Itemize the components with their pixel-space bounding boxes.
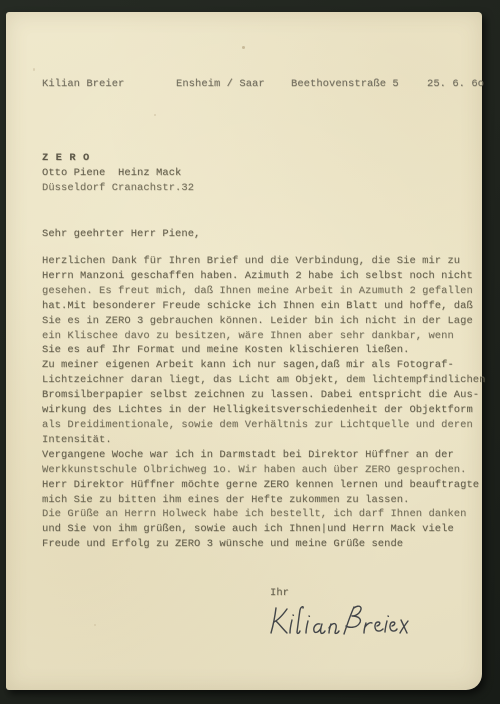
signature-ink [268,602,410,644]
closing: Ihr [270,587,289,599]
typed-line: als Dreidimentionale, sowie dem Verhältn… [42,418,478,433]
typed-line: Otto Piene Heinz Mack [42,166,194,181]
typed-line: Werkkunstschule Olbrichweg 1o. Wir haben… [42,463,478,478]
signature: Kilian Breier [268,602,410,644]
sender-name: Kilian Breier [42,78,124,90]
typed-line: Herrn Manzoni geschaffen haben. Azimuth … [42,269,478,284]
typed-line: Intensität. [42,433,478,448]
paper-speck [94,624,96,626]
typed-line: hat.Mit besonderer Freude schicke ich Ih… [42,299,478,314]
typed-line: Die Grüße an Herrn Holweck habe ich best… [42,507,478,522]
typed-line: wirkung des Lichtes in der Helligkeitsve… [42,403,478,418]
recipient-block: Z E R OOtto Piene Heinz MackDüsseldorf C… [42,151,194,196]
paper-speck [33,68,35,71]
typed-line: Freude und Erfolg zu ZERO 3 wünsche und … [42,537,478,552]
paper-speck [242,46,245,49]
typed-line: und Sie von ihm grüßen, sowie auch ich I… [42,522,478,537]
typed-line: Bromsilberpapier selbst zeichnen zu lass… [42,388,478,403]
typed-line: Herr Direktor Hüffner möchte gerne ZERO … [42,478,478,493]
paper-speck [154,114,156,116]
typed-line: Z E R O [42,151,194,166]
typed-line: Zu meiner eigenen Arbeit kann ich nur sa… [42,358,478,373]
typed-line: Düsseldorf Cranachstr.32 [42,181,194,196]
scanned-letter: Kilian Breier Ensheim / Saar Beethovenst… [0,0,500,704]
letter-date: 25. 6. 6o [427,78,484,90]
paper-speck [408,330,410,332]
salutation: Sehr geehrter Herr Piene, [42,228,200,240]
letter-body: Herzlichen Dank für Ihren Brief und die … [42,254,478,552]
sender-street: Beethovenstraße 5 [291,78,399,90]
letter-paper: Kilian Breier Ensheim / Saar Beethovenst… [6,12,482,690]
typed-line: Herzlichen Dank für Ihren Brief und die … [42,254,478,269]
sender-place: Ensheim / Saar [176,78,265,90]
typed-line: ein Klischee davo zu besitzen, wäre Ihne… [42,329,478,344]
typed-line: Lichtzeichner daran liegt, das Licht am … [42,373,478,388]
typed-line: mich Sie zu bitten ihm eines der Hefte z… [42,493,478,508]
signature-name: Kilian Breier [268,644,269,645]
typed-line: Sie es in ZERO 3 gebrauchen können. Leid… [42,314,478,329]
typed-line: Sie es auf Ihr Format und meine Kosten k… [42,343,478,358]
typed-line: Vergangene Woche war ich in Darmstadt be… [42,448,478,463]
typed-line: gesehen. Es freut mich, daß Ihnen meine … [42,284,478,299]
letter-header: Kilian Breier Ensheim / Saar Beethovenst… [6,78,482,92]
